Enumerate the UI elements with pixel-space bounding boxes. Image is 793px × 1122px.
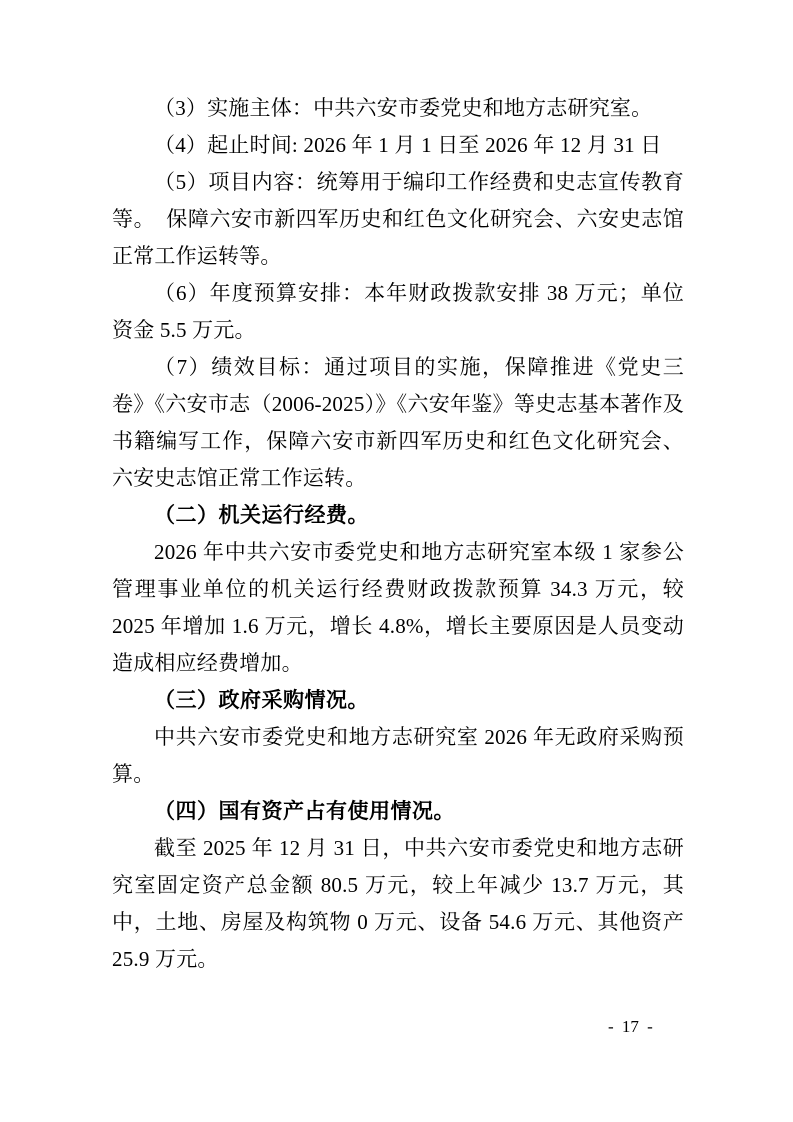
paragraph-time-period: （4）起止时间: 2026 年 1 月 1 日至 2026 年 12 月 31 … bbox=[112, 127, 684, 164]
page-number: - 17 - bbox=[608, 1016, 688, 1038]
paragraph-government-procurement-detail: 中共六安市委党史和地方志研究室 2026 年无政府采购预算。 bbox=[112, 719, 684, 793]
section-heading-operating-expenses: （二）机关运行经费。 bbox=[112, 497, 684, 534]
section-heading-government-procurement: （三）政府采购情况。 bbox=[112, 682, 684, 719]
document-body: （3）实施主体：中共六安市委党史和地方志研究室。 （4）起止时间: 2026 年… bbox=[112, 90, 684, 978]
paragraph-state-assets-detail: 截至 2025 年 12 月 31 日，中共六安市委党史和地方志研究室固定资产总… bbox=[112, 830, 684, 978]
section-heading-state-assets: （四）国有资产占有使用情况。 bbox=[112, 793, 684, 830]
paragraph-operating-expenses-detail: 2026 年中共六安市委党史和地方志研究室本级 1 家参公管理事业单位的机关运行… bbox=[112, 534, 684, 682]
paragraph-performance-goal: （7）绩效目标：通过项目的实施，保障推进《党史三卷》《六安市志（2006-202… bbox=[112, 349, 684, 497]
paragraph-implementing-entity: （3）实施主体：中共六安市委党史和地方志研究室。 bbox=[112, 90, 684, 127]
paragraph-annual-budget: （6）年度预算安排：本年财政拨款安排 38 万元；单位资金 5.5 万元。 bbox=[112, 275, 684, 349]
paragraph-project-content: （5）项目内容：统筹用于编印工作经费和史志宣传教育等。 保障六安市新四军历史和红… bbox=[112, 164, 684, 275]
document-page: （3）实施主体：中共六安市委党史和地方志研究室。 （4）起止时间: 2026 年… bbox=[0, 0, 793, 1122]
